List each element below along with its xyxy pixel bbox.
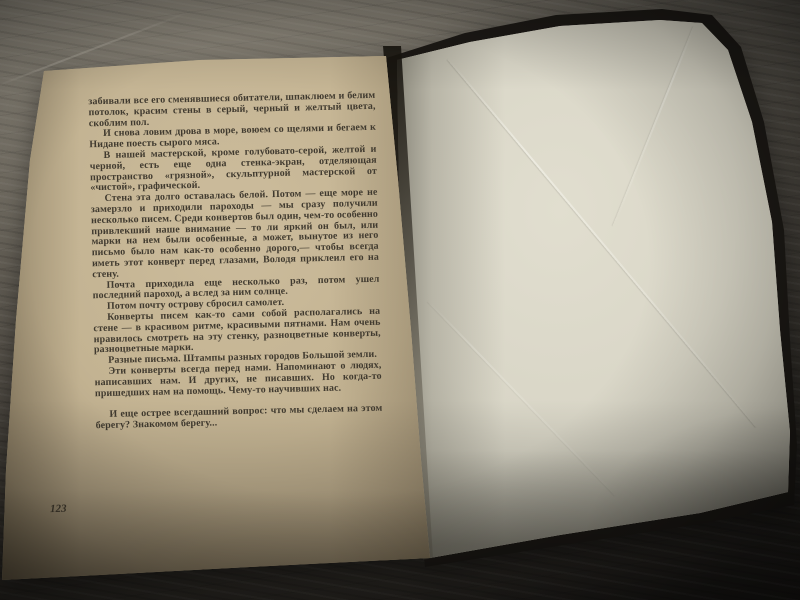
left-page-paragraph: Стена эта долго оставалась белой. Потом … [90,188,379,281]
paper-crease [427,300,616,496]
left-page-paragraph: Эти конверты всегда перед нами. Напомина… [94,361,382,400]
paper-crease [613,27,695,227]
left-page-text: забивали все его сменявшиеся обитатели, … [88,91,383,432]
book: забивали все его сменявшиеся обитатели, … [0,0,800,600]
paper-crease [447,58,757,427]
page-number: 123 [50,503,67,515]
photo-of-open-book: забивали все его сменявшиеся обитатели, … [0,0,800,600]
